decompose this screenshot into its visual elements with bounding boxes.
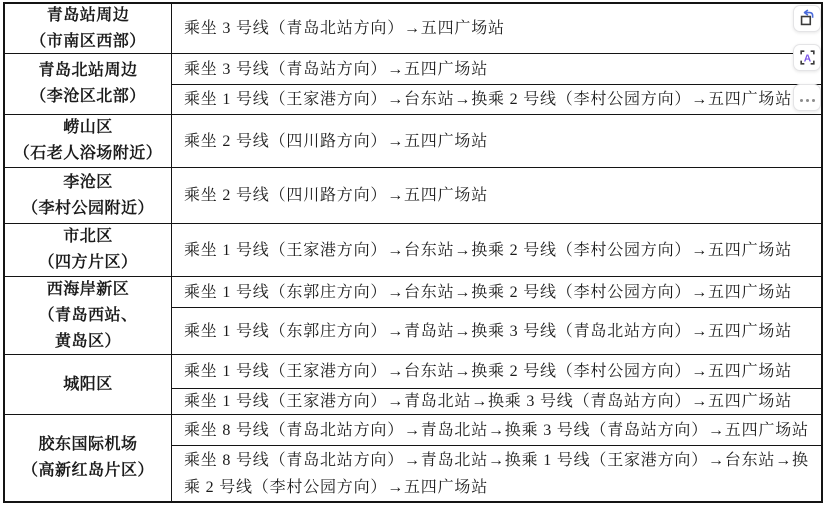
route-text: 乘坐 2 号线（四川路方向）→五四广场站	[184, 182, 488, 209]
route-cell: 乘坐 1 号线（王家港方向）→台东站→换乘 2 号线（李村公园方向）→五四广场站	[172, 224, 821, 276]
area-cell: 崂山区（石老人浴场附近）	[5, 115, 172, 167]
area-label-line: （市南区西部）	[30, 29, 146, 55]
area-label-line: （李沧区北部）	[30, 84, 146, 110]
route-text: 乘坐 1 号线（王家港方向）→台东站→换乘 2 号线（李村公园方向）→五四广场站	[184, 237, 792, 264]
more-options-button[interactable]	[793, 84, 821, 111]
area-cell: 西海岸新区（青岛西站、黄岛区）	[5, 277, 172, 354]
extract-text-icon: A	[798, 48, 817, 67]
rotate-icon	[798, 9, 817, 28]
route-cells: 乘坐 8 号线（青岛北站方向）→青岛北站→换乘 3 号线（青岛站方向）→五四广场…	[172, 415, 821, 501]
route-cells: 乘坐 2 号线（四川路方向）→五四广场站	[172, 168, 821, 223]
area-label-line: （四方片区）	[38, 250, 137, 276]
route-cell: 乘坐 2 号线（四川路方向）→五四广场站	[172, 115, 821, 167]
route-text: 乘坐 1 号线（王家港方向）→台东站→换乘 2 号线（李村公园方向）→五四广场站	[184, 358, 792, 385]
route-cell: 乘坐 2 号线（四川路方向）→五四广场站	[172, 168, 821, 223]
area-label-line: （李村公园附近）	[22, 196, 154, 222]
route-cell: 乘坐 8 号线（青岛北站方向）→青岛北站→换乘 1 号线（王家港方向）→台东站→…	[172, 445, 821, 501]
route-text: 乘坐 3 号线（青岛站方向）→五四广场站	[184, 56, 488, 83]
route-cell: 乘坐 1 号线（王家港方向）→台东站→换乘 2 号线（李村公园方向）→五四广场站	[172, 355, 821, 388]
route-cell: 乘坐 3 号线（青岛站方向）→五四广场站	[172, 54, 821, 84]
route-cell: 乘坐 8 号线（青岛北站方向）→青岛北站→换乘 3 号线（青岛站方向）→五四广场…	[172, 415, 821, 445]
route-cells: 乘坐 3 号线（青岛站方向）→五四广场站乘坐 1 号线（王家港方向）→台东站→换…	[172, 54, 821, 114]
table-row-group: 青岛北站周边（李沧区北部） 乘坐 3 号线（青岛站方向）→五四广场站乘坐 1 号…	[5, 53, 821, 114]
table-row-group: 西海岸新区（青岛西站、黄岛区） 乘坐 1 号线（东郭庄方向）→台东站→换乘 2 …	[5, 276, 821, 354]
table-row-group: 崂山区（石老人浴场附近） 乘坐 2 号线（四川路方向）→五四广场站	[5, 114, 821, 167]
table-row-group: 胶东国际机场（高新红岛片区） 乘坐 8 号线（青岛北站方向）→青岛北站→换乘 3…	[5, 414, 821, 501]
route-cells: 乘坐 1 号线（王家港方向）→台东站→换乘 2 号线（李村公园方向）→五四广场站	[172, 224, 821, 276]
route-cell: 乘坐 3 号线（青岛北站方向）→五四广场站	[172, 4, 821, 53]
area-cell: 李沧区（李村公园附近）	[5, 168, 172, 223]
route-cell: 乘坐 1 号线（王家港方向）→青岛北站→换乘 3 号线（青岛站方向）→五四广场站	[172, 388, 821, 414]
area-label-line: （石老人浴场附近）	[14, 141, 163, 167]
route-text: 乘坐 2 号线（四川路方向）→五四广场站	[184, 128, 488, 155]
route-table: 青岛站周边（市南区西部） 乘坐 3 号线（青岛北站方向）→五四广场站 青岛北站周…	[3, 2, 823, 503]
area-label-line: 市北区	[63, 224, 113, 250]
area-label-line: 李沧区	[63, 170, 113, 196]
area-label-line: 胶东国际机场	[38, 432, 137, 458]
area-label-line: 城阳区	[63, 372, 113, 398]
area-label-line: 青岛站周边	[47, 3, 130, 29]
route-cells: 乘坐 1 号线（王家港方向）→台东站→换乘 2 号线（李村公园方向）→五四广场站…	[172, 355, 821, 414]
route-cells: 乘坐 2 号线（四川路方向）→五四广场站	[172, 115, 821, 167]
area-label-line: 西海岸新区	[47, 277, 130, 303]
area-label-line: 黄岛区）	[55, 329, 121, 355]
table-row-group: 市北区（四方片区） 乘坐 1 号线（王家港方向）→台东站→换乘 2 号线（李村公…	[5, 223, 821, 276]
area-cell: 青岛站周边（市南区西部）	[5, 4, 172, 53]
area-cell: 市北区（四方片区）	[5, 224, 172, 276]
route-text: 乘坐 8 号线（青岛北站方向）→青岛北站→换乘 3 号线（青岛站方向）→五四广场…	[184, 417, 809, 444]
area-cell: 青岛北站周边（李沧区北部）	[5, 54, 172, 114]
extract-text-button[interactable]: A	[793, 44, 821, 71]
area-label-line: 崂山区	[63, 115, 113, 141]
route-cells: 乘坐 3 号线（青岛北站方向）→五四广场站	[172, 4, 821, 53]
route-cell: 乘坐 1 号线（东郭庄方向）→台东站→换乘 2 号线（李村公园方向）→五四广场站	[172, 277, 821, 307]
route-text: 乘坐 8 号线（青岛北站方向）→青岛北站→换乘 1 号线（王家港方向）→台东站→…	[184, 447, 819, 501]
svg-text:A: A	[803, 53, 811, 64]
rotate-image-button[interactable]	[793, 5, 821, 32]
route-text: 乘坐 1 号线（王家港方向）→台东站→换乘 2 号线（李村公园方向）→五四广场站	[184, 86, 792, 113]
route-cell: 乘坐 1 号线（王家港方向）→台东站→换乘 2 号线（李村公园方向）→五四广场站	[172, 84, 821, 114]
more-icon	[798, 90, 816, 105]
area-cell: 城阳区	[5, 355, 172, 414]
route-text: 乘坐 1 号线（东郭庄方向）→台东站→换乘 2 号线（李村公园方向）→五四广场站	[184, 279, 792, 306]
area-label-line: （青岛西站、	[38, 303, 137, 329]
route-text: 乘坐 1 号线（王家港方向）→青岛北站→换乘 3 号线（青岛站方向）→五四广场站	[184, 388, 792, 415]
route-cells: 乘坐 1 号线（东郭庄方向）→台东站→换乘 2 号线（李村公园方向）→五四广场站…	[172, 277, 821, 354]
table-row-group: 青岛站周边（市南区西部） 乘坐 3 号线（青岛北站方向）→五四广场站	[5, 4, 821, 53]
route-text: 乘坐 1 号线（东郭庄方向）→青岛站→换乘 3 号线（青岛北站方向）→五四广场站	[184, 318, 792, 345]
table-row-group: 李沧区（李村公园附近） 乘坐 2 号线（四川路方向）→五四广场站	[5, 167, 821, 223]
table-row-group: 城阳区 乘坐 1 号线（王家港方向）→台东站→换乘 2 号线（李村公园方向）→五…	[5, 354, 821, 414]
route-cell: 乘坐 1 号线（东郭庄方向）→青岛站→换乘 3 号线（青岛北站方向）→五四广场站	[172, 307, 821, 354]
area-cell: 胶东国际机场（高新红岛片区）	[5, 415, 172, 501]
image-viewer-canvas: 青岛站周边（市南区西部） 乘坐 3 号线（青岛北站方向）→五四广场站 青岛北站周…	[0, 0, 826, 506]
area-label-line: （高新红岛片区）	[22, 458, 154, 484]
area-label-line: 青岛北站周边	[38, 58, 137, 84]
route-text: 乘坐 3 号线（青岛北站方向）→五四广场站	[184, 15, 505, 42]
